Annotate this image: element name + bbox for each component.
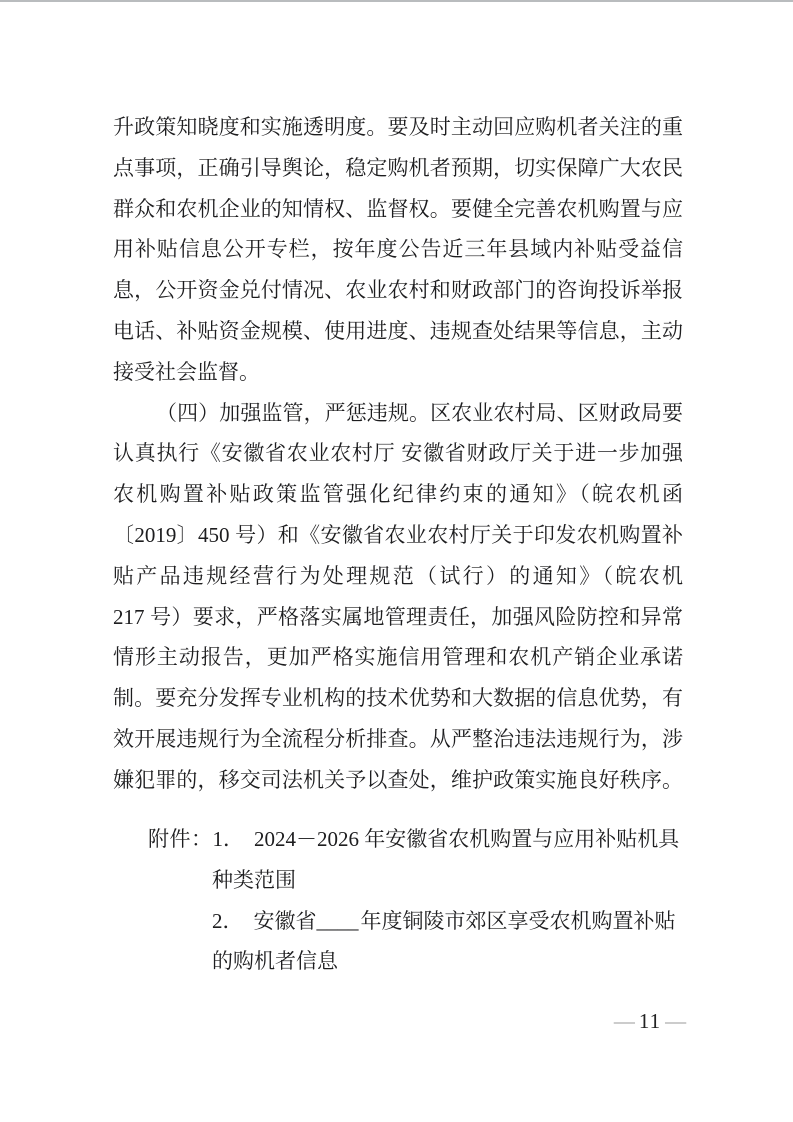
attachments-label: 附件： — [148, 827, 213, 851]
attachment-item-2-line-1: 2．安徽省____年度铜陵市郊区享受农机购置补贴 — [148, 901, 688, 942]
body-line: 群众和农机企业的知情权、监督权。要健全完善农机购置与应 — [113, 189, 683, 230]
body-text: 升政策知晓度和实施透明度。要及时主动回应购机者关注的重 点事项，正确引导舆论，稳… — [113, 107, 683, 801]
body-line: 情形主动报告，更加严格实施信用管理和农机产销企业承诺 — [113, 637, 683, 678]
page-number-dash-right: — — [661, 1009, 690, 1033]
document-page: 升政策知晓度和实施透明度。要及时主动回应购机者关注的重 点事项，正确引导舆论，稳… — [0, 0, 793, 1122]
body-line: 用补贴信息公开专栏，按年度公告近三年县域内补贴受益信 — [113, 229, 683, 270]
body-line: 217 号）要求，严格落实属地管理责任，加强风险防控和异常 — [113, 597, 683, 638]
attachment-item-text: 的购机者信息 — [212, 949, 338, 973]
attachment-item-text: 安徽省 — [254, 909, 317, 933]
attachment-item-2-line-2: 的购机者信息 — [148, 941, 688, 982]
section-heading-line: （四）加强监管，严惩违规。区农业农村局、区财政局要 — [113, 393, 683, 434]
body-line: 〔2019〕450 号）和《安徽省农业农村厅关于印发农机购置补 — [113, 515, 683, 556]
body-line: 接受社会监督。 — [113, 352, 683, 393]
body-line: 制。要充分发挥专业机构的技术优势和大数据的信息优势，有 — [113, 678, 683, 719]
body-line: 农机购置补贴政策监管强化纪律约束的通知》（皖农机函 — [113, 474, 683, 515]
fill-in-blank: ____ — [317, 901, 361, 942]
attachment-item-text: 2024－2026 年安徽省农机购置与应用补贴机具 — [254, 827, 679, 851]
paragraph-2: （四）加强监管，严惩违规。区农业农村局、区财政局要 认真执行《安徽省农业农村厅 … — [113, 393, 683, 801]
attachments-block: 附件：1．2024－2026 年安徽省农机购置与应用补贴机具 种类范围 2．安徽… — [148, 819, 688, 982]
page-number-dash-left: — — [610, 1009, 639, 1033]
attachment-item-number: 2． — [212, 909, 254, 933]
body-line: 电话、补贴资金规模、使用进度、违规查处结果等信息，主动 — [113, 311, 683, 352]
body-line: 升政策知晓度和实施透明度。要及时主动回应购机者关注的重 — [113, 107, 683, 148]
body-line: 息，公开资金兑付情况、农业农村和财政部门的咨询投诉举报 — [113, 270, 683, 311]
attachment-item-text: 种类范围 — [212, 868, 296, 892]
page-number: —11— — [600, 1008, 700, 1034]
attachment-item-1-line-2: 种类范围 — [148, 860, 688, 901]
scan-top-edge — [0, 0, 793, 2]
page-number-value: 11 — [639, 1009, 661, 1033]
paragraph-1: 升政策知晓度和实施透明度。要及时主动回应购机者关注的重 点事项，正确引导舆论，稳… — [113, 107, 683, 393]
body-line: 嫌犯罪的，移交司法机关予以查处，维护政策实施良好秩序。 — [113, 760, 683, 801]
body-line: 贴产品违规经营行为处理规范（试行）的通知》（皖农机〔2018〕 — [113, 556, 683, 597]
body-line: 效开展违规行为全流程分析排查。从严整治违法违规行为，涉 — [113, 719, 683, 760]
attachment-item-text: 年度铜陵市郊区享受农机购置补贴 — [361, 909, 676, 933]
body-line: 认真执行《安徽省农业农村厅 安徽省财政厅关于进一步加强 — [113, 433, 683, 474]
attachment-item-number: 1． — [213, 827, 255, 851]
body-line: 点事项，正确引导舆论，稳定购机者预期，切实保障广大农民 — [113, 148, 683, 189]
attachment-item-1-line-1: 附件：1．2024－2026 年安徽省农机购置与应用补贴机具 — [148, 819, 688, 860]
